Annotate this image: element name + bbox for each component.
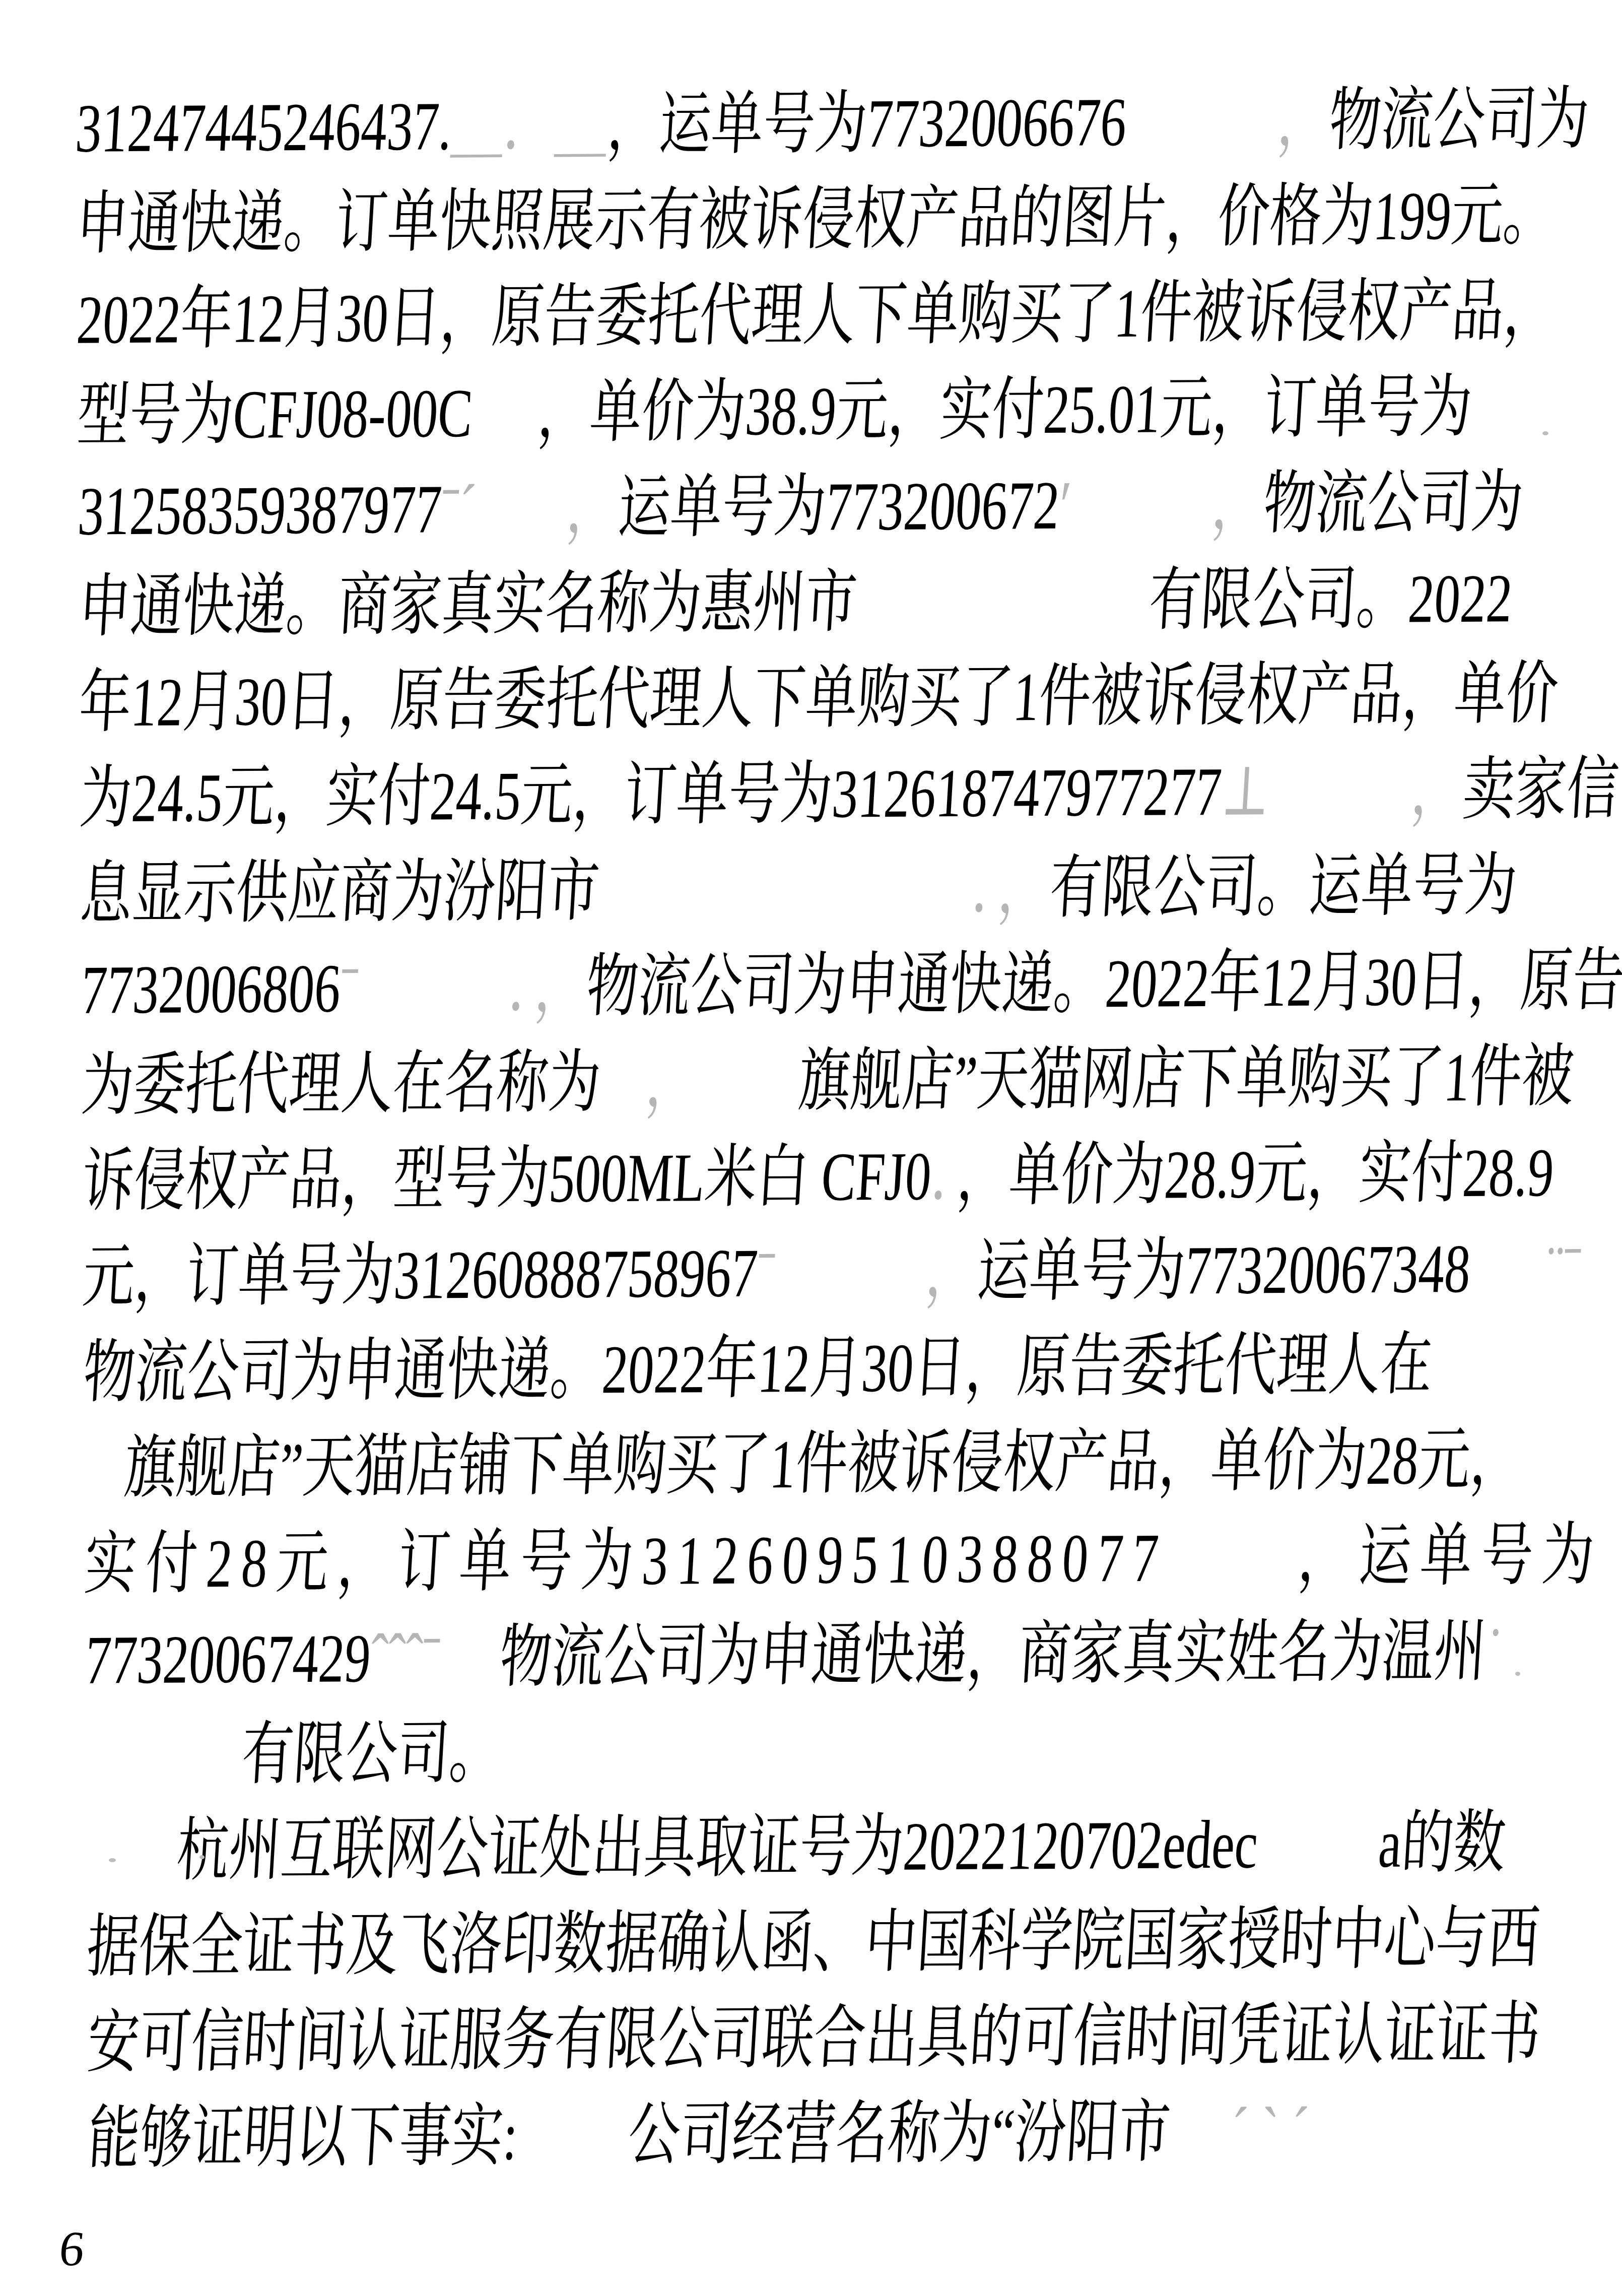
faint-mark: ˊ ˋ ˊ: [1229, 2093, 1311, 2171]
page-number: 6: [56, 2221, 87, 2277]
text-run: 旗舰店”天猫网店下单购买了1件被: [796, 1038, 1576, 1120]
redaction-gap: [773, 1294, 924, 1296]
redaction-gap: [85, 1873, 176, 1874]
text-run: a的数: [1377, 1805, 1508, 1882]
redaction-gap: [1269, 813, 1410, 814]
text-run: 实付28元，订单号为312609510388077: [82, 1520, 1170, 1603]
text-run: ，运单号为: [1296, 1517, 1605, 1595]
scan-speck: [1542, 431, 1548, 435]
text-run: 杭州互联网公证处出具取证号为2022120702edec: [175, 1806, 1260, 1889]
faint-mark: ，: [564, 470, 621, 547]
scan-speck: [109, 1858, 116, 1862]
text-run: ，运单号为7732006676: [605, 84, 1129, 164]
redaction-gap: [1169, 2154, 1230, 2155]
redaction-gap: [471, 435, 536, 436]
redaction-gap: [83, 1491, 123, 1492]
text-run: 为委托代理人在名称为: [80, 1044, 603, 1124]
text-run: ，单价为28.9元，实付28.9: [955, 1135, 1557, 1215]
redaction-gap: [1256, 1866, 1377, 1868]
text-run: 元，订单号为31260888758967: [81, 1235, 760, 1316]
text-run: 公司经营名称为“汾阳市: [626, 2094, 1173, 2174]
faint-mark: ，: [644, 1044, 700, 1121]
faint-mark: ˆˆˆˉ: [368, 1620, 442, 1697]
text-run: 安可信时间认证服务有限公司联合出具的可信时间凭证认证证书: [85, 1996, 1542, 2081]
text-run: 物流公司为: [1261, 465, 1525, 543]
redaction-gap: [696, 1104, 797, 1105]
redaction-gap: [856, 623, 1148, 625]
text-run: 息显示供应商为汾阳市: [78, 853, 601, 933]
text-run: 77320067429: [83, 1620, 373, 1698]
text-run: 物流公司为申通快递，商家真实姓名为温州: [498, 1614, 1488, 1696]
redaction-gap: [85, 1777, 241, 1779]
text-run: 卖家信: [1461, 751, 1621, 829]
faint-mark: ．: [929, 1138, 960, 1215]
faint-mark: ，: [1209, 466, 1266, 543]
text-run: 能够证明以下事实:: [86, 2098, 520, 2177]
text-block: 31247445246437.＿．＿，运单号为7732006676，物流公司为申…: [75, 76, 1573, 2191]
faint-mark: ˉˊ: [439, 471, 479, 548]
faint-mark: ．，: [970, 850, 1052, 928]
faint-mark: ，: [923, 1234, 980, 1310]
faint-mark: ＿．＿: [450, 87, 610, 165]
text-run: 31247445246437.: [74, 88, 454, 167]
redaction-gap: [357, 1010, 508, 1011]
text-run: 31258359387977: [76, 471, 444, 550]
redaction-gap: [598, 911, 971, 914]
scan-speck: [1515, 1672, 1520, 1676]
text-run: 运单号为773200672: [616, 468, 1062, 547]
redaction-gap: [1166, 1580, 1297, 1581]
redaction-gap: [1069, 527, 1210, 529]
faint-mark: ¨ˉ: [1544, 1230, 1583, 1306]
redaction-gap: [599, 1104, 644, 1105]
text-run: 型号为CFJ08-00C: [75, 375, 475, 454]
faint-mark: ．，: [507, 949, 589, 1026]
redaction-gap: [516, 2158, 627, 2159]
scan-speck: [199, 1855, 205, 1859]
redaction-gap: [475, 531, 565, 532]
text-run: 物流公司为: [1327, 81, 1591, 159]
redaction-gap: [1125, 144, 1276, 145]
text-run: 诉侵权产品，型号为500ML米白 CFJ0: [80, 1138, 933, 1220]
text-run: 有限公司。: [240, 1716, 504, 1794]
redaction-gap: [438, 1680, 499, 1681]
text-run: 有限公司。2022: [1147, 560, 1515, 639]
faint-mark: ，: [1275, 83, 1332, 159]
text-line: 能够证明以下事实:公司经营名称为“汾阳市ˊ ˋ ˊ: [87, 2086, 1573, 2191]
text-run: 7732006806: [79, 950, 343, 1028]
faint-mark: ，: [1409, 752, 1465, 829]
text-run: ，单价为38.9元，实付25.01元，订单号为: [536, 369, 1474, 451]
text-run: 申通快递。商家真实名称为惠州市: [77, 564, 859, 645]
text-run: 物流公司为申通快递。2022年12月30日，原告: [584, 943, 1622, 1025]
scanned-court-document-page: 31247445246437.＿．＿，运单号为7732006676，物流公司为申…: [0, 0, 1622, 2296]
redaction-gap: [1469, 1291, 1545, 1292]
text-run: 运单号为77320067348: [975, 1231, 1473, 1310]
text-run: 有限公司。运单号为: [1048, 847, 1519, 927]
faint-mark: ⊥: [1219, 753, 1272, 830]
redaction-gap: [1431, 1386, 1622, 1388]
